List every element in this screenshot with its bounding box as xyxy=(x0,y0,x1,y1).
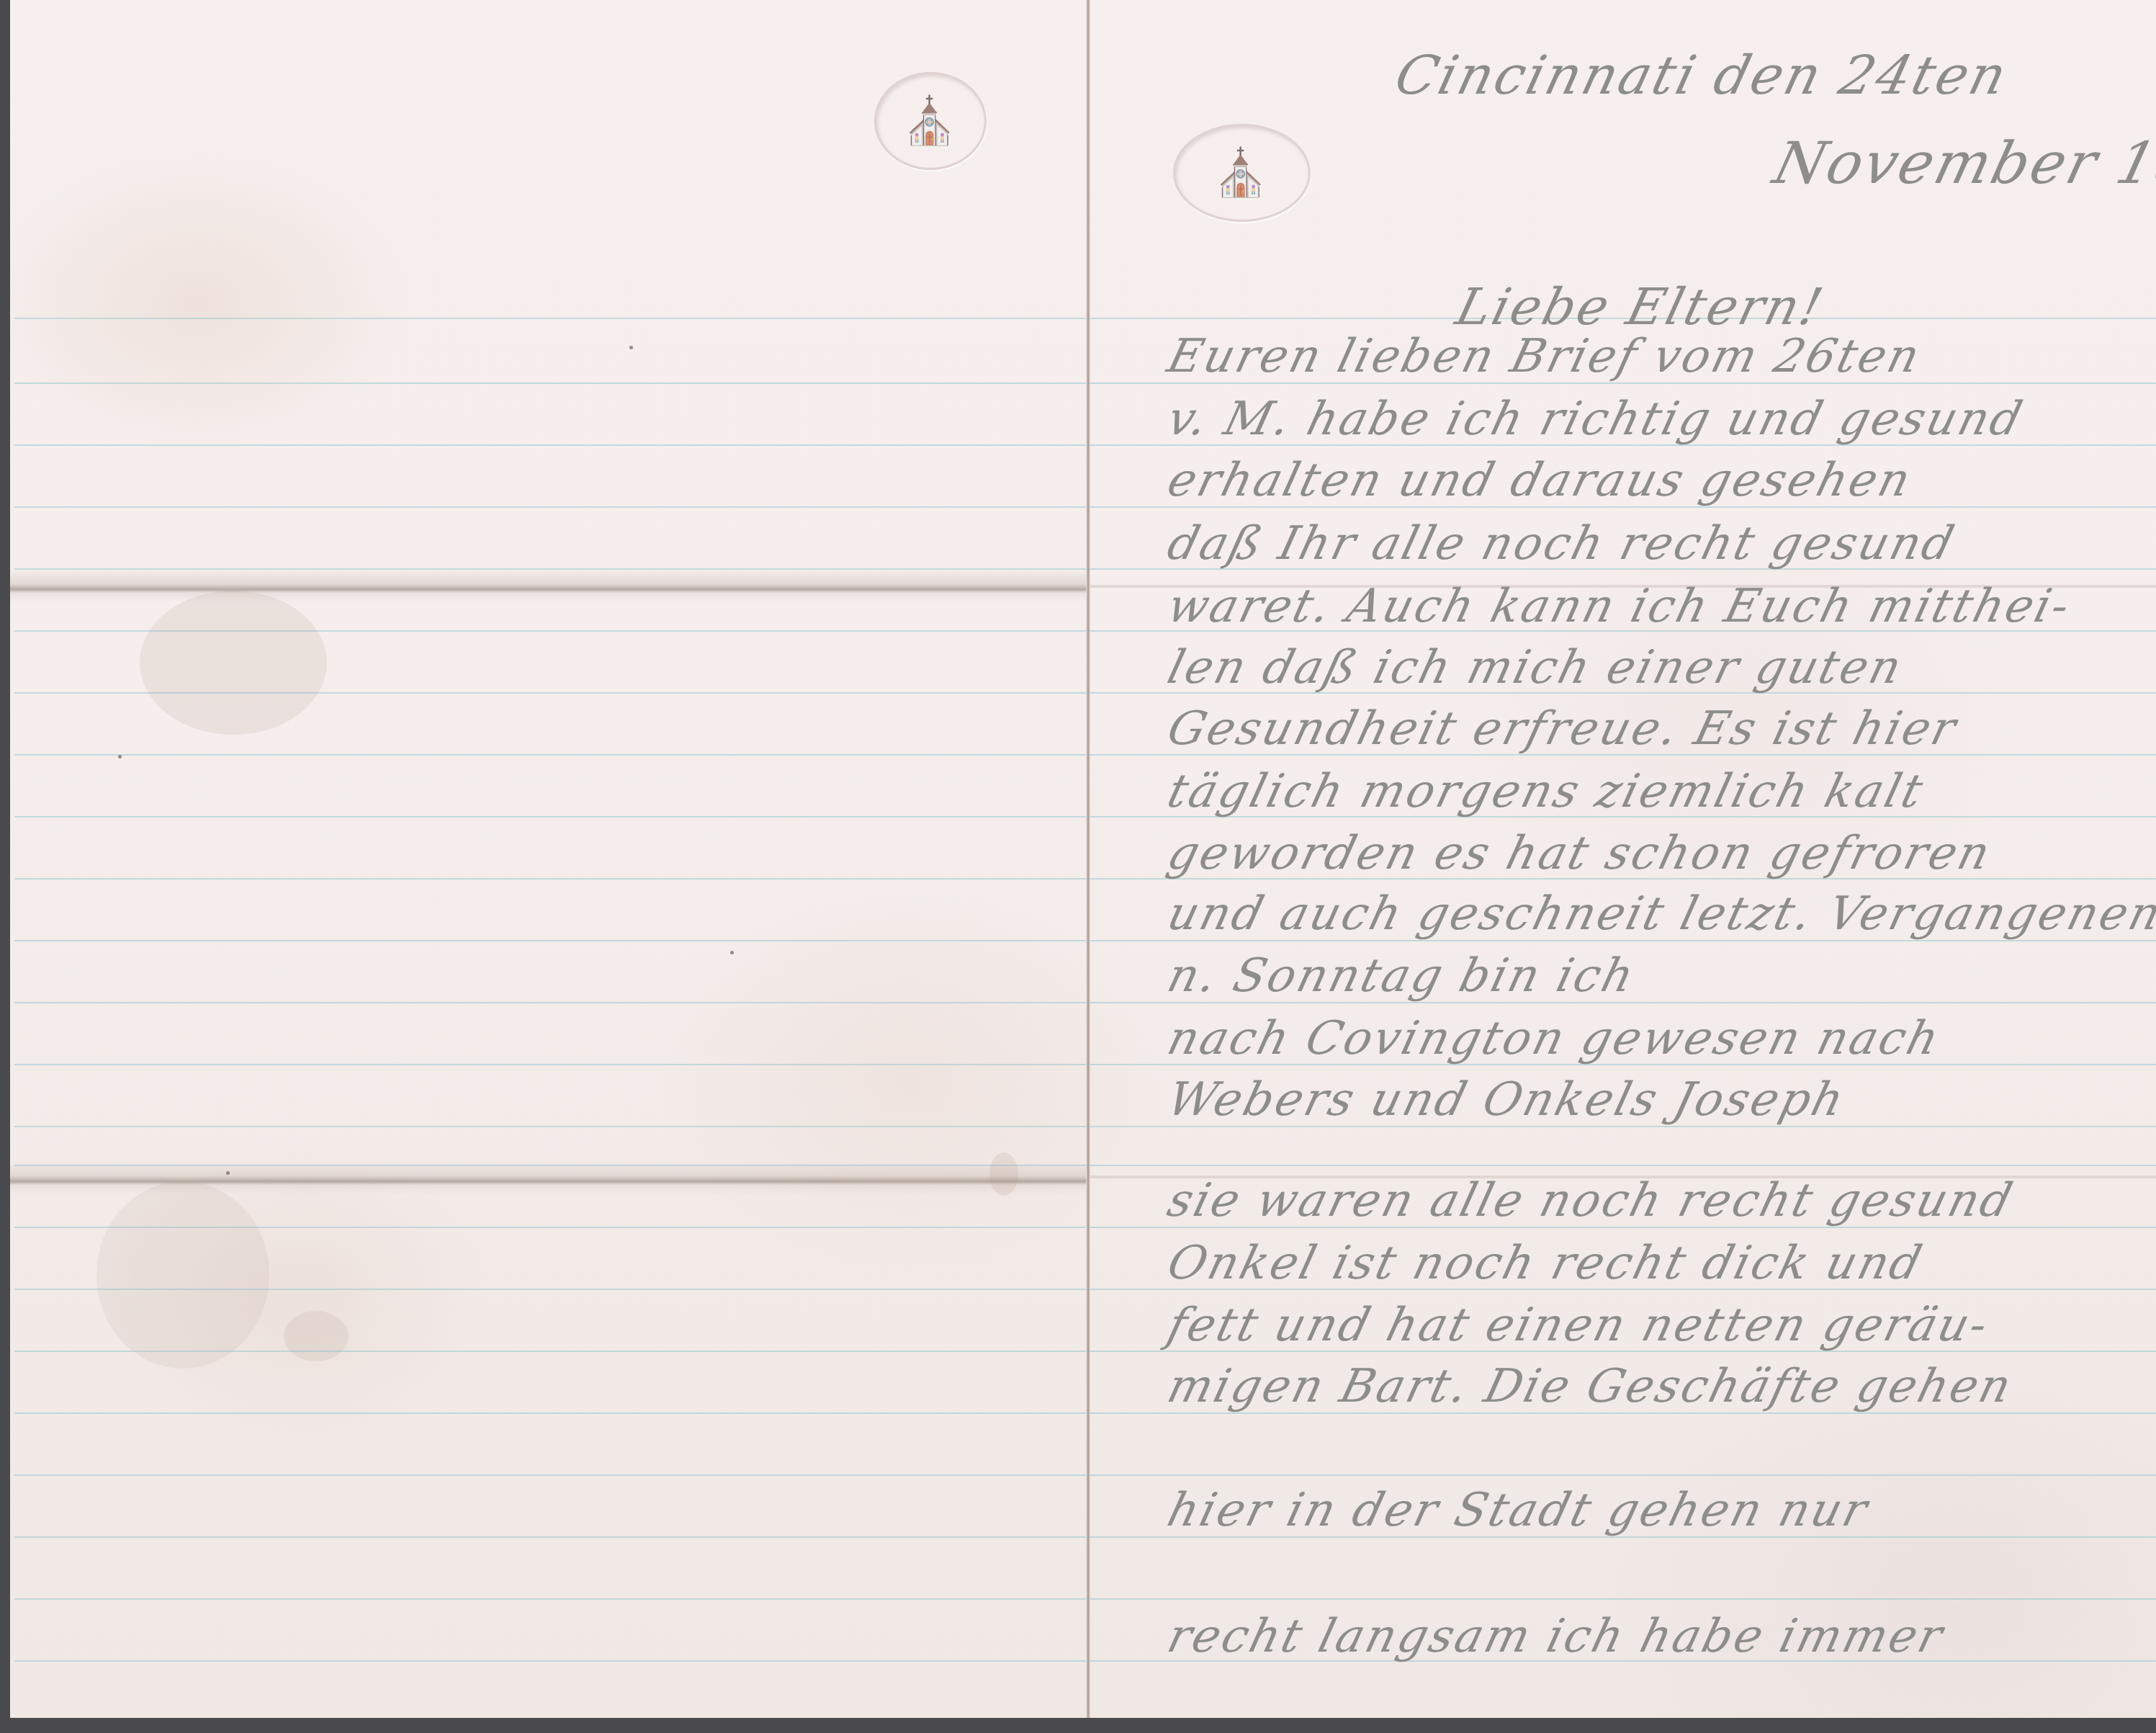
letter-line: geworden es hat schon gefroren xyxy=(1162,827,2155,880)
letter-line: erhalten und daraus gesehen xyxy=(1162,454,2155,507)
letter-line: hier in der Stadt gehen nur xyxy=(1162,1484,2155,1537)
letter-line: und auch geschneit letzt. Vergangenen xyxy=(1162,887,2155,941)
letter-line: waret. Auch kann ich Euch mitthei- xyxy=(1162,580,2155,633)
letter-line: migen Bart. Die Geschäfte gehen xyxy=(1162,1360,2155,1413)
seal-ornament-icon: ⛪ xyxy=(901,94,960,148)
letter-line: fett und hat einen netten geräu- xyxy=(1162,1299,2155,1352)
scanned-letter: ⛪ ⛪ Cincinnati den 24ten November 1873 L… xyxy=(0,0,2156,1733)
letter-place-date: Cincinnati den 24ten xyxy=(1389,45,2015,107)
letter-line: len daß ich mich einer guten xyxy=(1162,641,2155,694)
embossed-seal-icon: ⛪ xyxy=(874,72,987,170)
paper-sheet: ⛪ ⛪ Cincinnati den 24ten November 1873 L… xyxy=(10,0,2156,1718)
letter-line: recht langsam ich habe immer xyxy=(1162,1610,2155,1663)
letter-line: nach Covington gewesen nach xyxy=(1162,1012,2155,1065)
seal-ornament-icon: ⛪ xyxy=(1213,146,1272,200)
letter-line: Onkel ist noch recht dick und xyxy=(1162,1237,2155,1290)
letter-line: Euren lieben Brief vom 26ten xyxy=(1162,330,2155,383)
letter-line: v. M. habe ich richtig und gesund xyxy=(1162,393,2155,446)
letter-line: n. Sonntag bin ich xyxy=(1162,949,2155,1003)
letter-line: daß Ihr alle noch recht gesund xyxy=(1162,517,2155,570)
letter-line: täglich morgens ziemlich kalt xyxy=(1162,765,2155,818)
letter-month-year: November 1873 xyxy=(1767,130,2156,197)
letter-line: Webers und Onkels Joseph xyxy=(1162,1073,2155,1127)
letter-salutation: Liebe Eltern! xyxy=(1450,277,1831,336)
letter-line: Gesundheit erfreue. Es ist hier xyxy=(1162,702,2155,756)
left-page: ⛪ xyxy=(10,0,1086,1718)
embossed-seal-icon: ⛪ xyxy=(1173,124,1311,222)
letter-line: sie waren alle noch recht gesund xyxy=(1162,1174,2155,1227)
